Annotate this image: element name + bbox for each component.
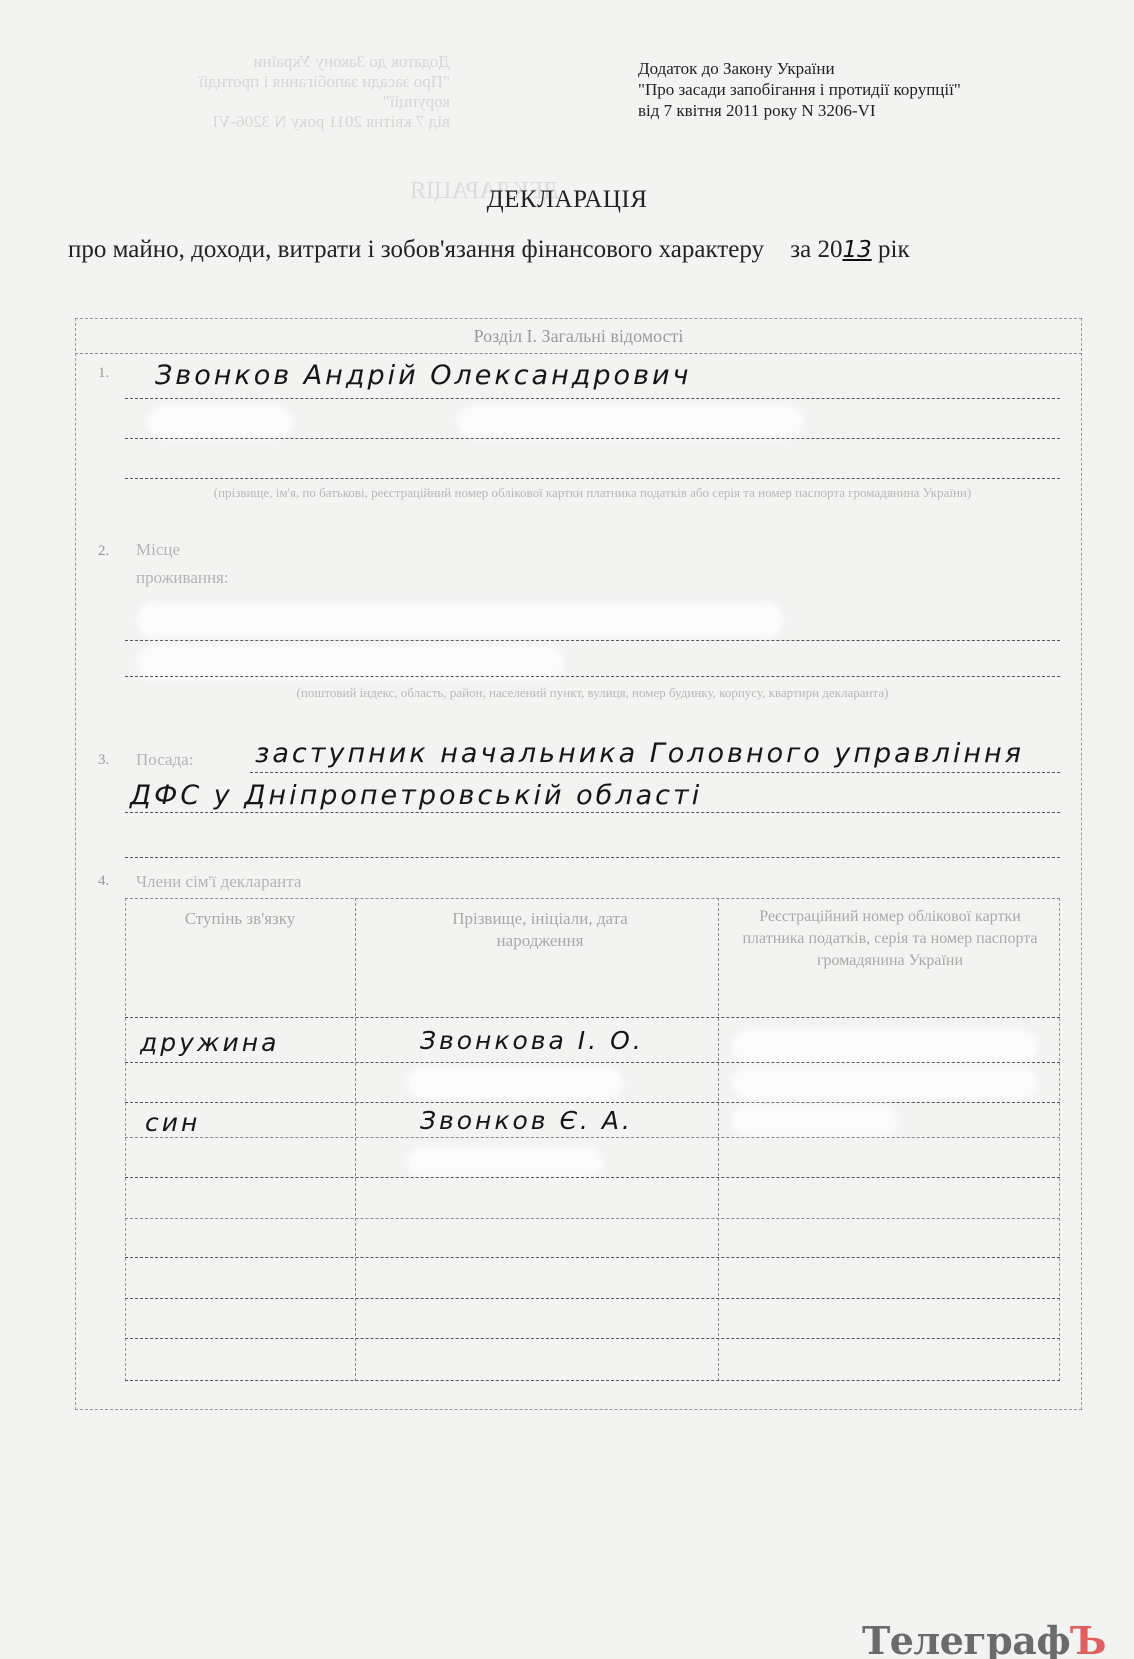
year-suffix: рік bbox=[878, 236, 910, 263]
underline bbox=[125, 640, 1060, 641]
item-number: 4. bbox=[98, 873, 109, 890]
telegraf-watermark-logo: ТелеграфЪ bbox=[862, 1618, 1106, 1659]
bleed-line: "Про засади запобігання і протидії коруп… bbox=[140, 72, 450, 112]
table-cell-name: Звонков Є. А. bbox=[420, 1106, 633, 1135]
family-members-label: Члени сім'ї декларанта bbox=[136, 872, 301, 892]
table-bottom-border bbox=[125, 1380, 1060, 1381]
law-reference-line: від 7 квітня 2011 року N 3206-VI bbox=[638, 100, 961, 121]
table-row-border bbox=[125, 1062, 1060, 1063]
table-row-border bbox=[125, 1017, 1060, 1018]
underline bbox=[125, 676, 1060, 677]
redacted-id bbox=[735, 1070, 1035, 1096]
table-header-name: Прізвище, ініціали, дата народження bbox=[420, 908, 660, 952]
bleed-through-text: Додаток до Закону України "Про засади за… bbox=[140, 52, 450, 132]
redacted-address bbox=[140, 648, 560, 678]
year-prefix: за 20 bbox=[790, 236, 842, 263]
underline bbox=[125, 812, 1060, 813]
item-number: 2. bbox=[98, 543, 109, 560]
redacted-id bbox=[735, 1108, 895, 1134]
redacted-area bbox=[460, 408, 800, 436]
table-row-border bbox=[125, 1338, 1060, 1339]
table-header-id: Реєстраційний номер облікової картки пла… bbox=[735, 906, 1045, 972]
bleed-line: від 7 квітня 2011 року N 3206-VI bbox=[140, 112, 450, 132]
item-number: 3. bbox=[98, 752, 109, 769]
underline bbox=[125, 478, 1060, 479]
position-label: Посада: bbox=[136, 750, 193, 770]
column-divider bbox=[718, 898, 719, 1381]
table-cell-relation: дружина bbox=[140, 1028, 279, 1057]
underline bbox=[250, 772, 1060, 773]
item-number: 1. bbox=[98, 365, 109, 382]
underline bbox=[125, 438, 1060, 439]
redacted-id bbox=[735, 1032, 1035, 1060]
bleed-line: Додаток до Закону України bbox=[140, 52, 450, 72]
subtitle-text: про майно, доходи, витрати і зобов'язанн… bbox=[68, 236, 764, 263]
table-header-relation: Ступінь зв'язку bbox=[135, 908, 345, 930]
logo-text: Телеграф bbox=[862, 1618, 1070, 1659]
residence-label: Місце bbox=[136, 540, 180, 560]
position-handwritten-line2: ДФС у Дніпропетровській області bbox=[130, 780, 702, 811]
divider bbox=[75, 353, 1082, 354]
logo-accent: Ъ bbox=[1070, 1618, 1106, 1659]
section-title: Розділ I. Загальні відомості bbox=[75, 326, 1082, 347]
redacted-area bbox=[150, 408, 290, 436]
declarant-name-handwritten: Звонков Андрій Олександрович bbox=[155, 360, 692, 391]
item1-caption: (прізвище, ім'я, по батькові, реєстрацій… bbox=[125, 482, 1060, 504]
underline bbox=[125, 398, 1060, 399]
document-title: ДЕКЛАРАЦІЯ bbox=[0, 186, 1134, 214]
redacted-birthdate bbox=[410, 1070, 620, 1096]
table-cell-name: Звонкова І. О. bbox=[420, 1026, 644, 1055]
law-reference-line: Додаток до Закону України bbox=[638, 58, 961, 79]
year-handwritten: 13 bbox=[842, 237, 871, 263]
residence-label: проживання: bbox=[136, 568, 229, 588]
table-top-border bbox=[125, 898, 1060, 899]
table-row-border bbox=[125, 1218, 1060, 1219]
table-row-border bbox=[125, 1177, 1060, 1178]
redacted-address bbox=[140, 605, 780, 635]
table-row-border bbox=[125, 1102, 1060, 1103]
redacted-birthdate bbox=[410, 1150, 600, 1174]
table-cell-relation: син bbox=[145, 1108, 200, 1137]
column-divider bbox=[355, 898, 356, 1381]
underline bbox=[125, 857, 1060, 858]
table-row-border bbox=[125, 1137, 1060, 1138]
table-row-border bbox=[125, 1257, 1060, 1258]
document-subtitle: про майно, доходи, витрати і зобов'язанн… bbox=[68, 236, 910, 264]
table-row-border bbox=[125, 1298, 1060, 1299]
law-reference-line: "Про засади запобігання і протидії коруп… bbox=[638, 79, 961, 100]
law-reference-note: Додаток до Закону України "Про засади за… bbox=[638, 58, 961, 121]
position-handwritten-line1: заступник начальника Головного управлінн… bbox=[255, 738, 1024, 769]
item2-caption: (поштовий індекс, область, район, населе… bbox=[125, 682, 1060, 704]
